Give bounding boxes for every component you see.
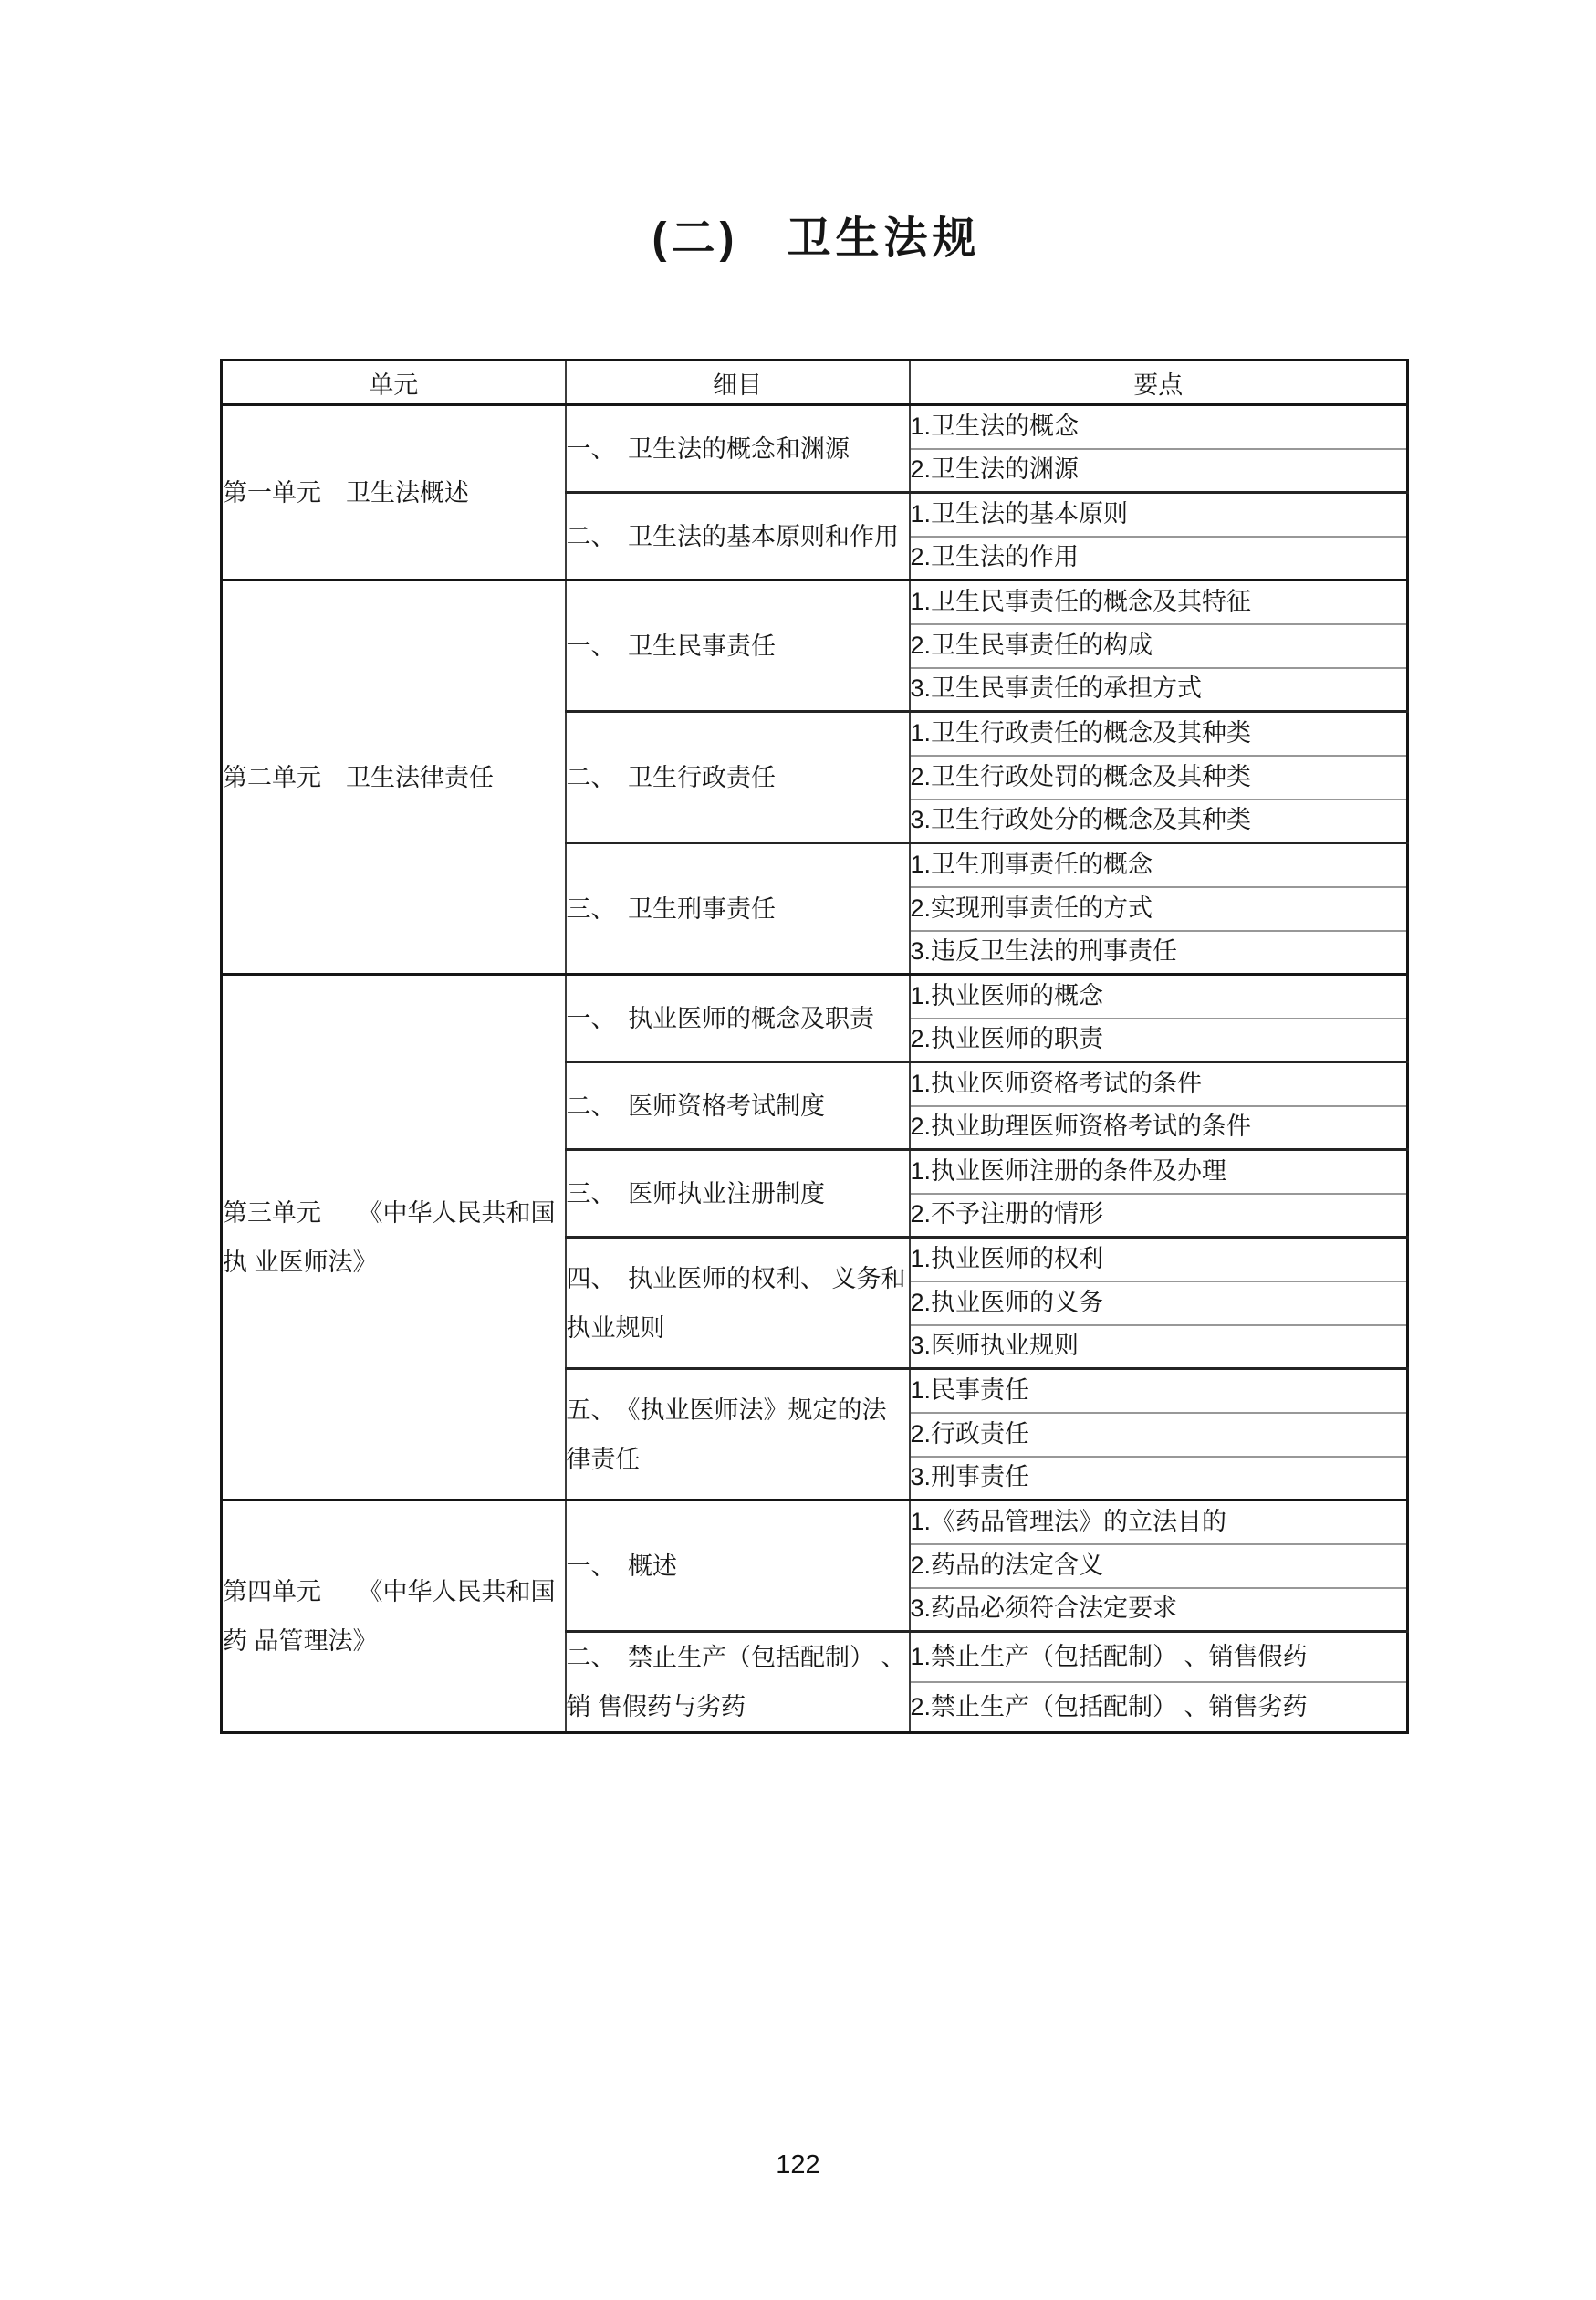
table-row: 第三单元 《中华人民共和国执 业医师法》 一、 执业医师的概念及职责 1.执业医… [222, 975, 1408, 1019]
detail-cell: 一、 卫生民事责任 [566, 580, 910, 712]
point-cell: 1.卫生法的概念 [910, 405, 1408, 449]
point-cell: 2.卫生民事责任的构成 [910, 624, 1408, 668]
detail-cell: 一、 概述 [566, 1500, 910, 1632]
point-cell: 3.医师执业规则 [910, 1325, 1408, 1369]
column-header-point: 要点 [910, 361, 1408, 405]
column-header-detail: 细目 [566, 361, 910, 405]
table-row: 第二单元 卫生法律责任 一、 卫生民事责任 1.卫生民事责任的概念及其特征 [222, 580, 1408, 624]
unit-cell: 第二单元 卫生法律责任 [222, 580, 566, 975]
point-cell: 1.《药品管理法》的立法目的 [910, 1500, 1408, 1544]
table-row: 第四单元 《中华人民共和国药 品管理法》 一、 概述 1.《药品管理法》的立法目… [222, 1500, 1408, 1544]
table-header-row: 单元 细目 要点 [222, 361, 1408, 405]
page-number: 122 [0, 2150, 1596, 2180]
detail-cell: 四、 执业医师的权利、 义务和执业规则 [566, 1238, 910, 1369]
detail-cell: 三、 医师执业注册制度 [566, 1150, 910, 1238]
point-cell: 2.不予注册的情形 [910, 1194, 1408, 1238]
point-cell: 1.执业医师的权利 [910, 1238, 1408, 1281]
detail-cell: 一、 卫生法的概念和渊源 [566, 405, 910, 493]
detail-cell: 一、 执业医师的概念及职责 [566, 975, 910, 1062]
detail-cell: 五、 《执业医师法》规定的法律责任 [566, 1369, 910, 1500]
point-cell: 2.药品的法定含义 [910, 1544, 1408, 1588]
detail-cell: 三、 卫生刑事责任 [566, 843, 910, 975]
point-cell: 2.执业医师的职责 [910, 1019, 1408, 1062]
point-cell: 3.刑事责任 [910, 1457, 1408, 1500]
point-cell: 3.卫生行政处分的概念及其种类 [910, 800, 1408, 843]
point-cell: 2.卫生法的作用 [910, 537, 1408, 580]
page-title: (二) 卫生法规 [0, 203, 1596, 266]
point-cell: 2.卫生法的渊源 [910, 449, 1408, 493]
unit-cell: 第四单元 《中华人民共和国药 品管理法》 [222, 1500, 566, 1733]
point-cell: 3.药品必须符合法定要求 [910, 1588, 1408, 1632]
point-cell: 1.卫生行政责任的概念及其种类 [910, 712, 1408, 756]
document-page: (二) 卫生法规 单元 细目 要点 第一单元 卫生法概述 一、 卫生法的概念和渊… [0, 0, 1596, 2300]
point-cell: 2.行政责任 [910, 1413, 1408, 1457]
unit-cell: 第一单元 卫生法概述 [222, 405, 566, 580]
point-cell: 1.卫生刑事责任的概念 [910, 843, 1408, 887]
column-header-unit: 单元 [222, 361, 566, 405]
point-cell: 2.实现刑事责任的方式 [910, 887, 1408, 931]
point-cell: 1.民事责任 [910, 1369, 1408, 1413]
detail-cell: 二、 禁止生产（包括配制） 、销 售假药与劣药 [566, 1632, 910, 1733]
point-cell: 3.违反卫生法的刑事责任 [910, 931, 1408, 975]
table-row: 第一单元 卫生法概述 一、 卫生法的概念和渊源 1.卫生法的概念 [222, 405, 1408, 449]
point-cell: 2.执业医师的义务 [910, 1281, 1408, 1325]
detail-cell: 二、 卫生法的基本原则和作用 [566, 493, 910, 580]
detail-cell: 二、 卫生行政责任 [566, 712, 910, 843]
point-cell: 2.禁止生产（包括配制） 、销售劣药 [910, 1682, 1408, 1733]
syllabus-table: 单元 细目 要点 第一单元 卫生法概述 一、 卫生法的概念和渊源 1.卫生法的概… [220, 359, 1409, 1734]
detail-cell: 二、 医师资格考试制度 [566, 1062, 910, 1150]
point-cell: 1.执业医师注册的条件及办理 [910, 1150, 1408, 1194]
point-cell: 3.卫生民事责任的承担方式 [910, 668, 1408, 712]
point-cell: 1.执业医师的概念 [910, 975, 1408, 1019]
point-cell: 2.执业助理医师资格考试的条件 [910, 1106, 1408, 1150]
point-cell: 1.卫生法的基本原则 [910, 493, 1408, 537]
point-cell: 1.执业医师资格考试的条件 [910, 1062, 1408, 1106]
unit-cell: 第三单元 《中华人民共和国执 业医师法》 [222, 975, 566, 1500]
point-cell: 1.卫生民事责任的概念及其特征 [910, 580, 1408, 624]
point-cell: 1.禁止生产（包括配制） 、销售假药 [910, 1632, 1408, 1683]
point-cell: 2.卫生行政处罚的概念及其种类 [910, 756, 1408, 800]
